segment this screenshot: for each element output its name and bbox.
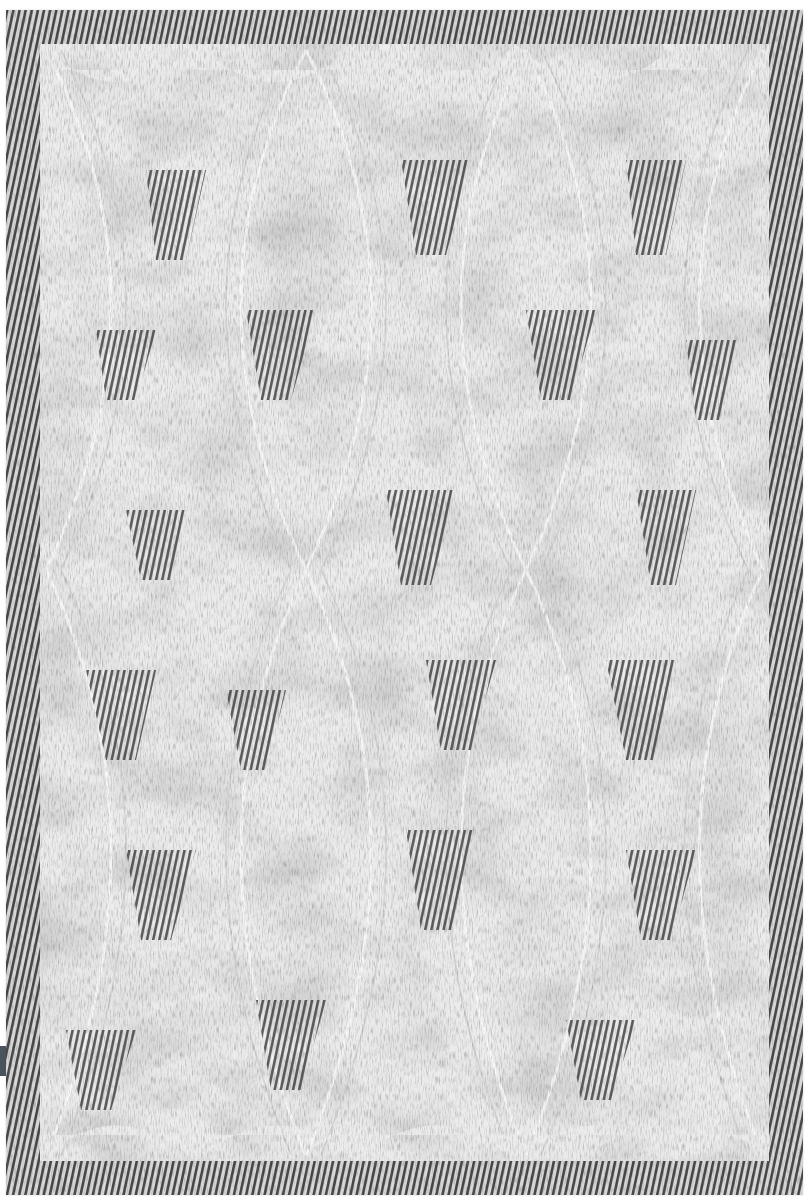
rug-photo (6, 10, 803, 1195)
label-tag (0, 1046, 6, 1076)
rug-pattern (6, 10, 803, 1195)
